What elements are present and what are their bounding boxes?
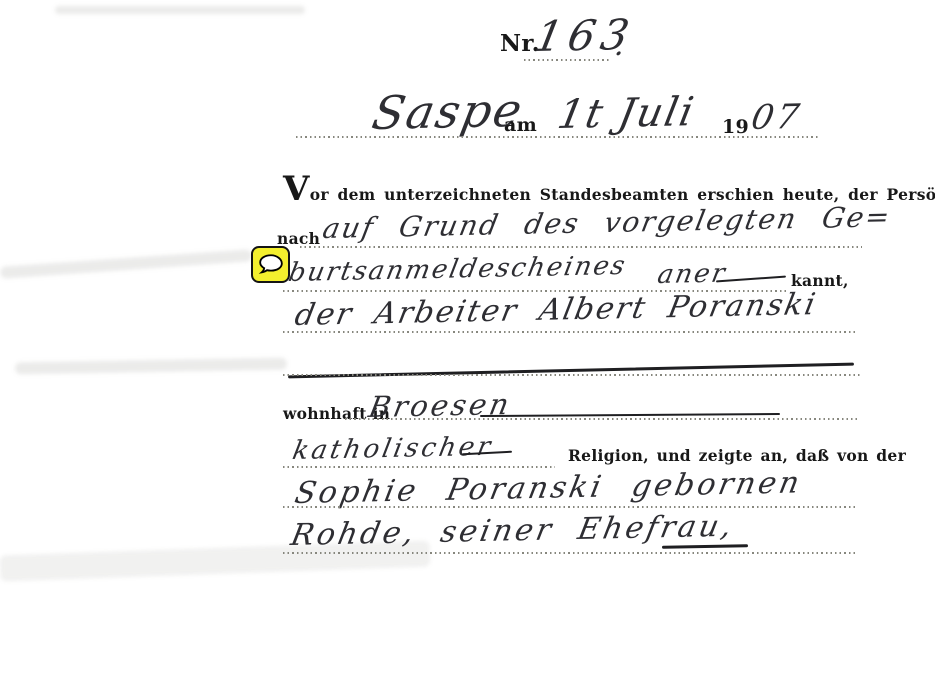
religion-value: katholischer	[290, 432, 496, 466]
residence-stroke	[480, 413, 780, 417]
speech-bubble-icon	[258, 253, 284, 277]
dotted-baseline	[283, 552, 858, 554]
dotted-baseline	[345, 418, 858, 420]
scan-smudge	[15, 358, 287, 375]
comment-annotation-marker[interactable]	[251, 246, 290, 283]
dotted-baseline	[283, 506, 858, 508]
dotted-baseline	[283, 331, 857, 333]
date-day-month: 1t Juli	[554, 89, 699, 138]
dotted-baseline	[283, 466, 555, 468]
year-value: 07	[748, 97, 805, 138]
intro-paragraph: Vor dem unterzeichneten Standesbeamten e…	[283, 176, 863, 204]
mother-name-line: Sophie Poranski gebornen	[292, 465, 805, 511]
handwritten-grounds-line1: auf Grund des vorgelegten Ge=	[320, 200, 894, 245]
am-label: am	[504, 114, 537, 136]
declarant-line: der Arbeiter Albert Poranski	[292, 287, 820, 333]
year-century-label: 19	[722, 116, 749, 138]
dotted-baseline	[300, 246, 862, 248]
scan-smudge	[0, 249, 252, 279]
handwritten-grounds-line2: burtsanmeldescheines	[286, 251, 629, 288]
religion-label: Religion, und zeigte an, daß von der	[568, 446, 906, 465]
handwritten-aner: aner	[655, 259, 729, 290]
pen-stroke	[662, 544, 748, 548]
blank-line-stroke	[288, 363, 854, 378]
scan-smudge	[55, 6, 305, 14]
dotted-baseline	[524, 59, 610, 61]
pen-stroke	[716, 276, 786, 283]
dotted-baseline	[283, 374, 861, 376]
dotted-baseline	[296, 136, 820, 138]
registry-document-scan: Nr. 163 . Saspe am 1t Juli 19 07 Vor dem…	[0, 0, 935, 700]
